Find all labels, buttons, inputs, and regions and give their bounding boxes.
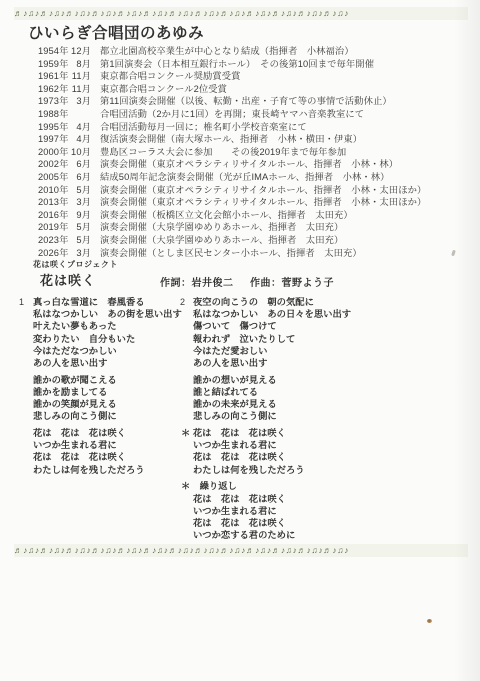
history-entry-year: 1973年	[38, 95, 69, 108]
lyrics-line: わたしは何を残しただろう	[33, 464, 198, 476]
lyrics-line: 誰かの未来が見える	[193, 398, 480, 410]
scan-speck	[427, 619, 432, 623]
lyrics-line: 花は 花は 花は咲く	[193, 493, 480, 505]
history-entry-month: 5月	[69, 184, 91, 197]
history-entry: 1973年3月第11回演奏会開催（以後、転勤・出産・子育て等の事情で活動休止）	[38, 95, 468, 108]
song-project-label: 花は咲くプロジェクト	[33, 259, 118, 270]
history-entry-month: 4月	[69, 121, 91, 134]
history-entry-text: 東京都合唱コンクール2位受賞	[91, 83, 468, 96]
lyrics-line: あの人を思い出す	[33, 357, 198, 369]
lyrics-line: 誰かの笑顔が見える	[33, 398, 198, 410]
history-entry-text: 都立北園高校卒業生が中心となり結成（指揮者 小林福治）	[91, 45, 468, 58]
history-entry-month: 5月	[69, 234, 91, 247]
lyrics-line: 悲しみの向こう側に	[193, 410, 480, 422]
lyrics-line: いつか生まれる君に	[193, 439, 480, 451]
history-entry-text: 結成50周年記念演奏会開催（光が丘IMAホール、指揮者 小林・林）	[91, 171, 468, 184]
history-entry-month: 3月	[69, 247, 91, 260]
history-entry-year: 2026年	[38, 247, 69, 260]
history-entry-year: 1961年	[38, 70, 69, 83]
history-entry-text: 演奏会開催（東京オペラシティリサイタルホール、指揮者 小林・太田ほか）	[91, 196, 468, 209]
history-entry-text: 第11回演奏会開催（以後、転勤・出産・子育て等の事情で活動休止）	[91, 95, 468, 108]
song-lyricist: 作詞：岩井俊二	[160, 274, 234, 289]
lyrics-line: ＊ 繰り返し	[181, 480, 480, 492]
lyrics-line: 花は 花は 花は咲く	[33, 427, 198, 439]
history-entry-text: 合唱団活動（2か月に1回）を再開；東長崎ヤマハ音楽教室にて	[91, 108, 468, 121]
history-entry-year: 2016年	[38, 209, 69, 222]
lyrics-line: ＊ 花は 花は 花は咲く	[181, 427, 480, 439]
history-entry-text: 東京都合唱コンクール奨励賞受賞	[91, 70, 468, 83]
lyrics-line: 夜空の向こうの 朝の気配に	[193, 296, 480, 308]
history-entry-month: 5月	[69, 221, 91, 234]
history-entry-text: 演奏会開催（大泉学園ゆめりあホール、指揮者 太田充）	[91, 221, 468, 234]
history-entry: 1995年4月合唱団活動毎月一回に；椎名町小学校音楽室にて	[38, 121, 468, 134]
history-entry-text: 復活演奏会開催（南大塚ホール、指揮者 小林・横田・伊東）	[91, 133, 468, 146]
history-entry-year: 1988年	[38, 108, 69, 121]
history-entry-text: 演奏会開催（東京オペラシティリサイタルホール、指揮者 小林・林）	[91, 158, 468, 171]
lyrics-line: 誰かの歌が聞こえる	[33, 374, 198, 386]
history-entry: 1988年合唱団活動（2か月に1回）を再開；東長崎ヤマハ音楽教室にて	[38, 108, 468, 121]
lyrics-line: いつか生まれる君に	[193, 505, 480, 517]
history-entry-year: 2002年	[38, 158, 69, 171]
lyrics-line: 変わりたい 自分もいた	[33, 333, 198, 345]
history-entry-month: 12月	[69, 45, 91, 58]
lyrics-line: 私はなつかしい あの街を思い出す	[33, 308, 198, 320]
history-entry-month: 8月	[69, 58, 91, 71]
lyrics-line: 花は 花は 花は咲く	[193, 517, 480, 529]
history-entry: 1961年11月東京都合唱コンクール奨励賞受賞	[38, 70, 468, 83]
lyrics-line: いつか恋する君のために	[193, 529, 480, 541]
history-entry: 2000年10月豊島区コーラス大会に参加 その後2019年まで毎年参加	[38, 146, 468, 159]
history-entry-month: 4月	[69, 133, 91, 146]
history-entry: 1997年4月復活演奏会開催（南大塚ホール、指揮者 小林・横田・伊東）	[38, 133, 468, 146]
history-entry: 2026年3月演奏会開催（としま区民センター小ホール、指揮者 太田充）	[38, 247, 468, 260]
history-entry: 2010年5月演奏会開催（東京オペラシティリサイタルホール、指揮者 小林・太田ほ…	[38, 184, 468, 197]
lyrics-column: 真っ白な雪道に 春風香る私はなつかしい あの街を思い出す叶えたい夢もあった変わり…	[20, 296, 198, 476]
history-entry-year: 2023年	[38, 234, 69, 247]
history-entry-text: 演奏会開催（東京オペラシティリサイタルホール、指揮者 小林・太田ほか）	[91, 184, 468, 197]
lyrics-line: 傷ついて 傷つけて	[193, 320, 480, 332]
lyrics-line: 花は 花は 花は咲く	[33, 451, 198, 463]
history-entry: 2013年3月演奏会開催（東京オペラシティリサイタルホール、指揮者 小林・太田ほ…	[38, 196, 468, 209]
lyrics-line: 真っ白な雪道に 春風香る	[33, 296, 198, 308]
history-entry-text: 演奏会開催（大泉学園ゆめりあホール、指揮者 太田充）	[91, 234, 468, 247]
lyrics-line: 私はなつかしい あの日々を思い出す	[193, 308, 480, 320]
history-entry-month: 3月	[69, 95, 91, 108]
history-entry-text: 豊島区コーラス大会に参加 その後2019年まで毎年参加	[91, 146, 468, 159]
lyrics-line: 今はただなつかしい	[33, 345, 198, 357]
lyrics-line: わたしは何を残しただろう	[193, 464, 480, 476]
history-entry-year: 2010年	[38, 184, 69, 197]
history-entry-text: 演奏会開催（板橋区立文化会館小ホール、指揮者 太田充）	[91, 209, 468, 222]
history-entry-year: 1995年	[38, 121, 69, 134]
history-entry-year: 2019年	[38, 221, 69, 234]
history-entry: 2016年9月演奏会開催（板橋区立文化会館小ホール、指揮者 太田充）	[38, 209, 468, 222]
history-entry-year: 1997年	[38, 133, 69, 146]
history-entry-year: 1959年	[38, 58, 69, 71]
history-entry-month: 6月	[69, 171, 91, 184]
history-entry: 2023年5月演奏会開催（大泉学園ゆめりあホール、指揮者 太田充）	[38, 234, 468, 247]
history-title: ひいらぎ合唱団のあゆみ	[28, 21, 204, 43]
history-entry-month	[69, 108, 91, 121]
history-entry-month: 11月	[69, 70, 91, 83]
music-notes-border-bottom: ♬♪♫♪♬♪♫♪♬♪♫♪♬♪♫♪♬♪♫♪♬♪♫♪♬♪♫♪♬♪♫♪♬♪♫♪♬♪♫♪…	[14, 544, 468, 557]
history-entry-month: 9月	[69, 209, 91, 222]
history-entry-text: 演奏会開催（としま区民センター小ホール、指揮者 太田充）	[91, 247, 468, 260]
history-entry-year: 1954年	[38, 45, 69, 58]
history-entry: 2019年5月演奏会開催（大泉学園ゆめりあホール、指揮者 太田充）	[38, 221, 468, 234]
lyrics-line: 叶えたい夢もあった	[33, 320, 198, 332]
lyrics-line: 誰かの想いが見える	[193, 374, 480, 386]
lyrics-line: 誰と結ばれてる	[193, 386, 480, 398]
history-entry-year: 1962年	[38, 83, 69, 96]
music-notes-border-top: ♬♪♫♪♬♪♫♪♬♪♫♪♬♪♫♪♬♪♫♪♬♪♫♪♬♪♫♪♬♪♫♪♬♪♫♪♬♪♫♪…	[14, 7, 468, 20]
history-entry-month: 11月	[69, 83, 91, 96]
lyrics-line: 花は 花は 花は咲く	[193, 451, 480, 463]
lyrics-column: 夜空の向こうの 朝の気配に私はなつかしい あの日々を思い出す傷ついて 傷つけて報…	[181, 296, 480, 541]
history-entry-year: 2013年	[38, 196, 69, 209]
history-entry: 2005年6月結成50周年記念演奏会開催（光が丘IMAホール、指揮者 小林・林）	[38, 171, 468, 184]
history-list: 1954年12月都立北園高校卒業生が中心となり結成（指揮者 小林福治）1959年…	[38, 45, 468, 259]
lyrics-line: 今はただ愛おしい	[193, 345, 480, 357]
history-entry-month: 10月	[69, 146, 91, 159]
lyrics-line: いつか生まれる君に	[33, 439, 198, 451]
history-entry-month: 3月	[69, 196, 91, 209]
lyrics-line: 悲しみの向こう側に	[33, 410, 198, 422]
history-entry-year: 2000年	[38, 146, 69, 159]
lyrics-line: あの人を思い出す	[193, 357, 480, 369]
history-entry: 1959年8月第1回演奏会（日本相互銀行ホール） その後第10回まで毎年開催	[38, 58, 468, 71]
history-entry-text: 合唱団活動毎月一回に；椎名町小学校音楽室にて	[91, 121, 468, 134]
history-entry-month: 6月	[69, 158, 91, 171]
history-entry-year: 2005年	[38, 171, 69, 184]
lyrics-line: 誰かを励ましてる	[33, 386, 198, 398]
history-entry-text: 第1回演奏会（日本相互銀行ホール） その後第10回まで毎年開催	[91, 58, 468, 71]
history-entry: 1954年12月都立北園高校卒業生が中心となり結成（指揮者 小林福治）	[38, 45, 468, 58]
history-entry: 1962年11月東京都合唱コンクール2位受賞	[38, 83, 468, 96]
song-title: 花は咲く	[40, 270, 96, 289]
history-entry: 2002年6月演奏会開催（東京オペラシティリサイタルホール、指揮者 小林・林）	[38, 158, 468, 171]
song-composer: 作曲：菅野よう子	[250, 274, 334, 289]
lyrics-line: 報われず 泣いたりして	[193, 333, 480, 345]
